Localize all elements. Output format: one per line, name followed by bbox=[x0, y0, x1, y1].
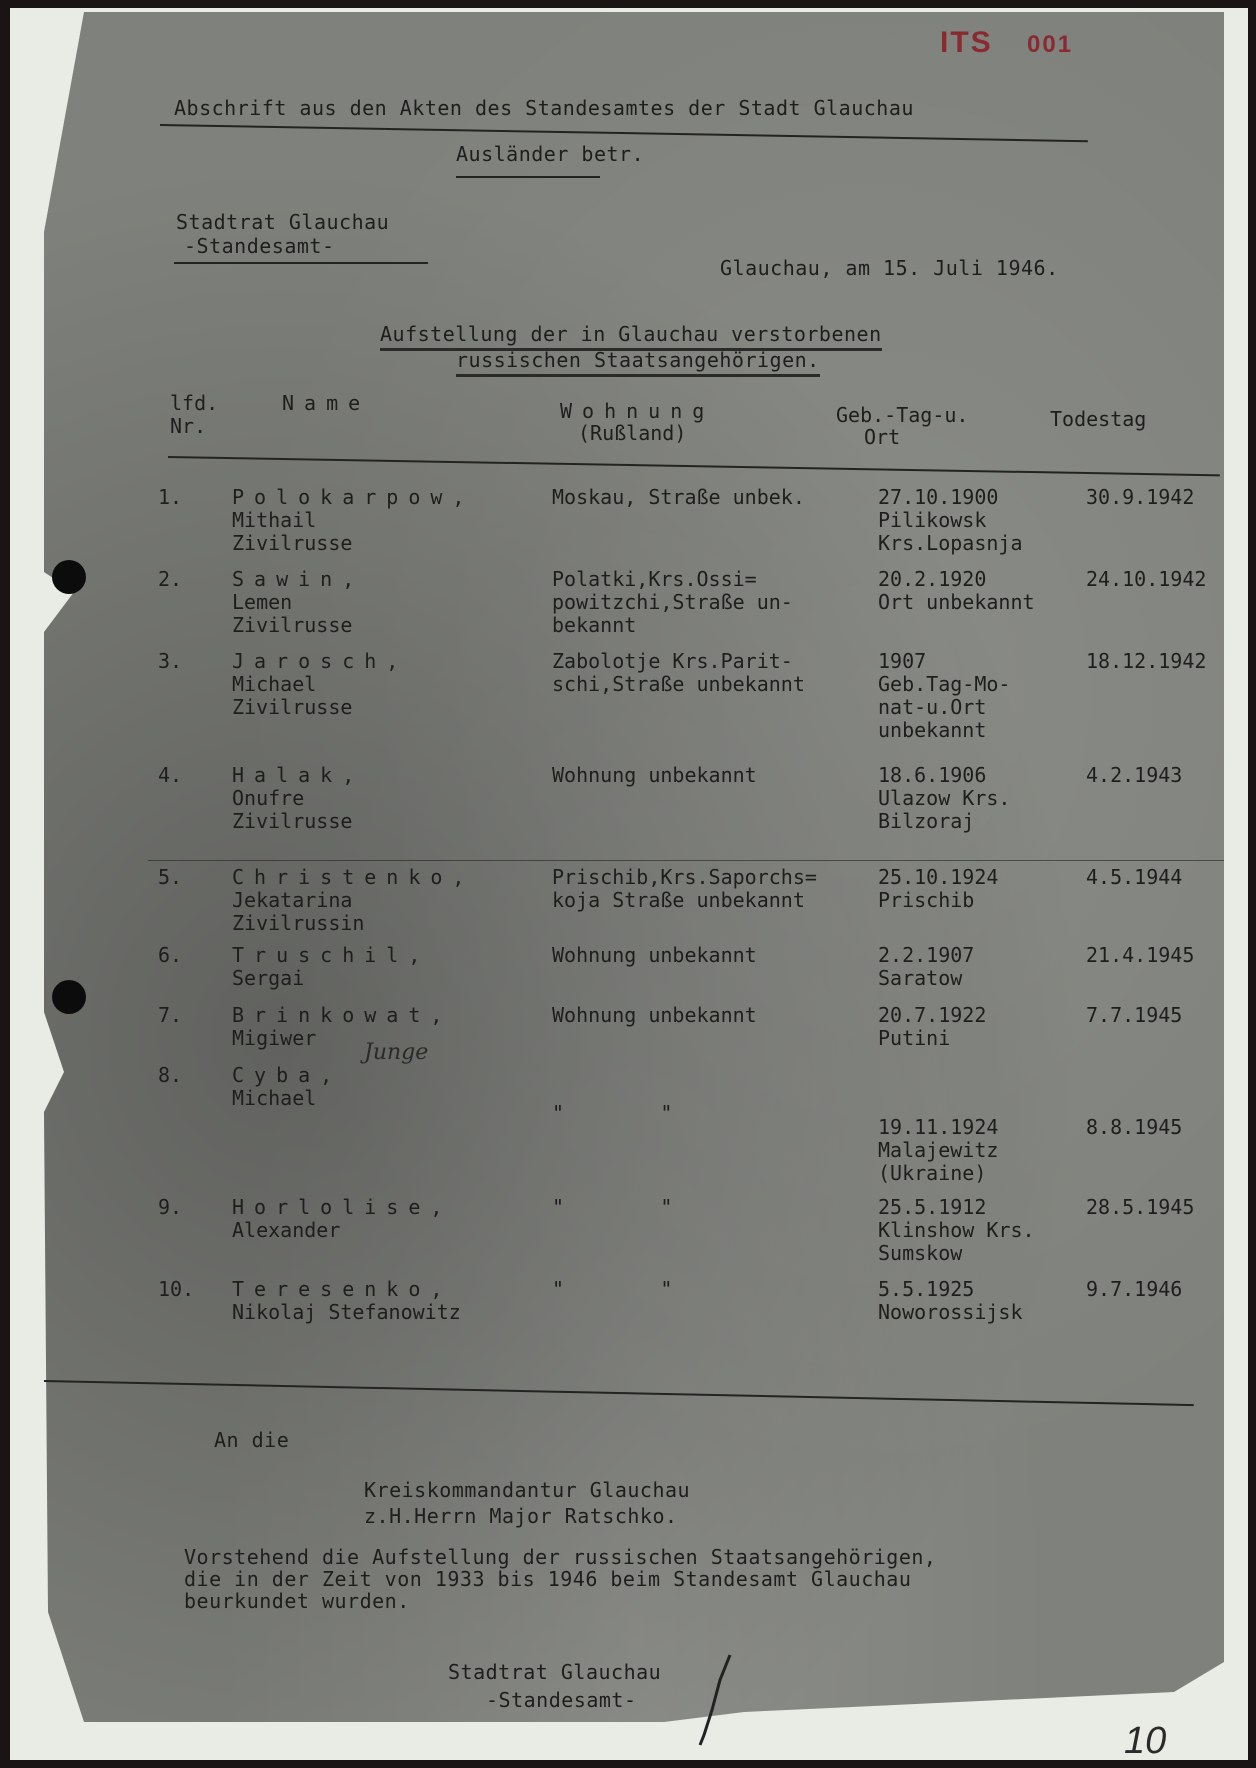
sender-underline bbox=[174, 262, 428, 264]
cell-tod: 7.7.1945 bbox=[1086, 1004, 1182, 1027]
cell-wohnung: Moskau, Straße unbek. bbox=[552, 486, 805, 509]
document-subject: Ausländer betr. bbox=[456, 142, 644, 166]
cell-name: Polokarpow, Mithail Zivilrusse bbox=[232, 486, 474, 555]
document-header-title: Abschrift aus den Akten des Standesamtes… bbox=[174, 96, 914, 120]
cell-nr: 7. bbox=[158, 1004, 182, 1027]
cell-tod: 4.2.1943 bbox=[1086, 764, 1182, 787]
row-divider bbox=[148, 860, 1224, 861]
sender-line2: -Standesamt- bbox=[184, 234, 335, 258]
cell-wohnung: Wohnung unbekannt bbox=[552, 944, 757, 967]
cell-name: Christenko, Jekatarina Zivilrussin bbox=[232, 866, 474, 935]
cell-tod: 4.5.1944 bbox=[1086, 866, 1182, 889]
subject-underline bbox=[456, 176, 600, 178]
column-header-todestag: Todestag bbox=[1050, 408, 1146, 431]
cell-nr: 1. bbox=[158, 486, 182, 509]
column-header-geb: Geb.-Tag-u. bbox=[836, 404, 968, 427]
handwritten-signature-mark bbox=[690, 1650, 740, 1750]
signature-line2: -Standesamt- bbox=[486, 1688, 637, 1712]
cell-nr: 9. bbox=[158, 1196, 182, 1219]
document-title-line1: Aufstellung der in Glauchau verstorbenen bbox=[380, 322, 882, 351]
stamp-number: 001 bbox=[1027, 31, 1073, 58]
cell-tod: 9.7.1946 bbox=[1086, 1278, 1182, 1301]
cell-tod: 21.4.1945 bbox=[1086, 944, 1194, 967]
cell-nr: 5. bbox=[158, 866, 182, 889]
column-header-geb-sub: Ort bbox=[864, 426, 900, 449]
cell-nr: 4. bbox=[158, 764, 182, 787]
cell-geb: 25.5.1912 Klinshow Krs. Sumskow bbox=[878, 1196, 1035, 1265]
cell-geb: 2.2.1907 Saratow bbox=[878, 944, 974, 990]
cell-wohnung: " " bbox=[552, 1196, 672, 1219]
cell-tod: 18.12.1942 bbox=[1086, 650, 1206, 673]
column-header-wohnung: Wohnung bbox=[560, 400, 714, 423]
recipient-line1: Kreiskommandantur Glauchau bbox=[364, 1478, 690, 1502]
punch-hole bbox=[52, 980, 86, 1014]
cell-geb: 5.5.1925 Noworossijsk bbox=[878, 1278, 1023, 1324]
its-stamp: ITS 001 bbox=[940, 26, 1073, 60]
recipient-salutation: An die bbox=[214, 1428, 289, 1452]
cell-wohnung: Prischib,Krs.Saporchs= koja Straße unbek… bbox=[552, 866, 817, 912]
cell-wohnung: Polatki,Krs.Ossi= powitzchi,Straße un- b… bbox=[552, 568, 793, 637]
cell-geb: 25.10.1924 Prischib bbox=[878, 866, 998, 912]
cell-geb: 20.2.1920 Ort unbekannt bbox=[878, 568, 1035, 614]
cell-wohnung: Wohnung unbekannt bbox=[552, 764, 757, 787]
cell-nr: 3. bbox=[158, 650, 182, 673]
cell-name: Sawin, Lemen Zivilrusse bbox=[232, 568, 364, 637]
cell-name: Halak, Onufre Zivilrusse bbox=[232, 764, 364, 833]
cell-wohnung: Wohnung unbekannt bbox=[552, 1004, 757, 1027]
cell-tod: 30.9.1942 bbox=[1086, 486, 1194, 509]
handwritten-margin-note: Junge bbox=[364, 1040, 428, 1065]
cell-tod: 8.8.1945 bbox=[1086, 1116, 1182, 1139]
cell-nr: 10. bbox=[158, 1278, 194, 1301]
cell-wohnung: " " bbox=[552, 1278, 672, 1301]
column-header-nr: lfd. Nr. bbox=[170, 392, 218, 438]
cell-nr: 8. bbox=[158, 1064, 182, 1087]
closing-text: Vorstehend die Aufstellung der russische… bbox=[184, 1546, 936, 1612]
cell-nr: 2. bbox=[158, 568, 182, 591]
cell-name: Horlolise, Alexander bbox=[232, 1196, 452, 1242]
cell-nr: 6. bbox=[158, 944, 182, 967]
handwritten-page-number: 10 bbox=[1124, 1720, 1166, 1763]
punch-hole bbox=[52, 560, 86, 594]
cell-geb: 27.10.1900 Pilikowsk Krs.Lopasnja bbox=[878, 486, 1023, 555]
sender-line1: Stadtrat Glauchau bbox=[176, 210, 389, 234]
recipient-line2: z.H.Herrn Major Ratschko. bbox=[364, 1504, 678, 1528]
cell-name: Cyba, Michael bbox=[232, 1064, 342, 1110]
column-header-name: Name bbox=[282, 392, 370, 415]
cell-tod: 24.10.1942 bbox=[1086, 568, 1206, 591]
cell-geb: 1907 Geb.Tag-Mo- nat-u.Ort unbekannt bbox=[878, 650, 1010, 742]
stamp-text: ITS bbox=[940, 26, 993, 59]
cell-name: Jarosch, Michael Zivilrusse bbox=[232, 650, 408, 719]
cell-wohnung: Zabolotje Krs.Parit- schi,Straße unbekan… bbox=[552, 650, 805, 696]
cell-tod: 28.5.1945 bbox=[1086, 1196, 1194, 1219]
place-date: Glauchau, am 15. Juli 1946. bbox=[720, 256, 1059, 280]
cell-geb: 19.11.1924 Malajewitz (Ukraine) bbox=[878, 1116, 998, 1185]
signature-line1: Stadtrat Glauchau bbox=[448, 1660, 661, 1684]
document-title-line2: russischen Staatsangehörigen. bbox=[456, 348, 820, 377]
column-header-wohnung-sub: (Rußland) bbox=[578, 422, 686, 445]
cell-name: Truschil, Sergai bbox=[232, 944, 430, 990]
cell-name: Teresenko, Nikolaj Stefanowitz bbox=[232, 1278, 461, 1324]
cell-wohnung: " " bbox=[552, 1102, 672, 1125]
cell-geb: 18.6.1906 Ulazow Krs. Bilzoraj bbox=[878, 764, 1010, 833]
cell-geb: 20.7.1922 Putini bbox=[878, 1004, 986, 1050]
